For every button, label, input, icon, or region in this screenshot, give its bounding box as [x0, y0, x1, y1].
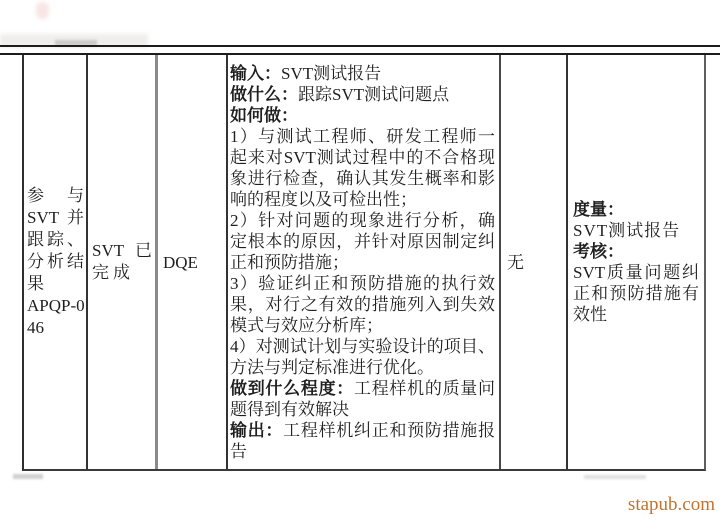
measure-line: 度量：: [573, 199, 699, 220]
detail-text: 工程样机的质量问: [354, 379, 495, 398]
measure-line: SVT测试报告: [573, 220, 699, 241]
detail-line: 响的程度以及可检出性；: [230, 189, 495, 210]
detail-text: 定根本的原因，并针对原因制定纠: [230, 232, 495, 251]
detail-label: 输入：: [230, 64, 281, 83]
detail-line: 象进行检查，确认其发生概率和影: [230, 168, 495, 189]
measure-line: SVT质量问题纠: [573, 262, 699, 283]
cell-task-name: 参与 SVT并 跟踪、 分析结 果 APQP-0 46: [24, 55, 86, 469]
task-line: SVT并: [27, 207, 84, 229]
detail-label: 输出：: [230, 421, 283, 440]
task-line: 参与: [27, 185, 84, 207]
detail-text: 告: [230, 442, 247, 461]
measure-text: 效性: [573, 305, 607, 324]
detail-line: 正和预防措施；: [230, 252, 495, 273]
detail-text: 正和预防措施；: [230, 253, 349, 272]
precondition-line: SVT已: [92, 240, 152, 262]
measure-text: 正和预防措施有: [573, 284, 699, 303]
cell-remark: 无: [501, 55, 566, 469]
detail-line: 输出：工程样机纠正和预防措施报: [230, 420, 495, 441]
detail-line: 如何做：: [230, 105, 495, 126]
site-watermark: stapub.com: [628, 494, 715, 516]
detail-text: 4）对测试计划与实验设计的项目、: [230, 337, 495, 356]
precondition-line: 完成: [92, 262, 152, 284]
detail-line: 定根本的原因，并针对原因制定纠: [230, 231, 495, 252]
measure-text: SVT质量问题纠: [573, 263, 699, 282]
detail-line: 4）对测试计划与实验设计的项目、: [230, 336, 495, 357]
task-line: 分析结: [27, 251, 84, 273]
detail-text: 模式与效应分析库；: [230, 316, 383, 335]
detail-line: 方法与判定标准进行优化。: [230, 357, 495, 378]
detail-line: 题得到有效解决: [230, 399, 495, 420]
measure-label: 度量：: [573, 200, 624, 219]
detail-text: 1）与测试工程师、研发工程师一: [230, 127, 495, 146]
detail-line: 起来对SVT测试过程中的不合格现: [230, 147, 495, 168]
cell-detail: 输入：SVT测试报告 做什么：跟踪SVT测试问题点 如何做： 1）与测试工程师、…: [228, 55, 499, 469]
task-line: 果: [27, 273, 84, 295]
detail-text: 响的程度以及可检出性；: [230, 190, 417, 209]
scan-artifact-smudge: [13, 474, 43, 479]
detail-text: 果，对行之有效的措施列入到失效: [230, 295, 495, 314]
detail-label: 做到什么程度：: [230, 379, 354, 398]
top-rule: [0, 45, 720, 47]
remark-label: 无: [507, 252, 566, 273]
task-code: APQP-0: [27, 295, 84, 317]
task-code: 46: [27, 317, 84, 339]
cell-measure: 度量： SVT测试报告 考核： SVT质量问题纠 正和预防措施有 效性: [568, 55, 704, 469]
scan-artifact-pink: [36, 2, 49, 19]
detail-text: 起来对SVT测试过程中的不合格现: [230, 148, 495, 167]
detail-line: 输入：SVT测试报告: [230, 63, 495, 84]
detail-line: 1）与测试工程师、研发工程师一: [230, 126, 495, 147]
detail-text: 2）针对问题的现象进行分析，确: [230, 211, 495, 230]
measure-line: 正和预防措施有: [573, 283, 699, 304]
detail-line: 告: [230, 441, 495, 462]
detail-text: 象进行检查，确认其发生概率和影: [230, 169, 495, 188]
measure-text: SVT测试报告: [573, 221, 680, 240]
detail-line: 做什么：跟踪SVT测试问题点: [230, 84, 495, 105]
detail-label: 如何做：: [230, 106, 298, 125]
cell-precondition: SVT已 完成: [88, 55, 155, 469]
detail-text: 题得到有效解决: [230, 400, 349, 419]
detail-label: 做什么：: [230, 85, 298, 104]
detail-text: 3）验证纠正和预防措施的执行效: [230, 274, 495, 293]
scan-artifact-smudge: [584, 475, 646, 479]
detail-line: 模式与效应分析库；: [230, 315, 495, 336]
task-line: 跟踪、: [27, 229, 84, 251]
owner-label: DQE: [163, 252, 226, 273]
detail-text: 跟踪SVT测试问题点: [298, 85, 449, 104]
detail-line: 做到什么程度：工程样机的质量问: [230, 378, 495, 399]
detail-text: 工程样机纠正和预防措施报: [283, 421, 495, 440]
detail-text: SVT测试报告: [281, 64, 381, 83]
detail-line: 2）针对问题的现象进行分析，确: [230, 210, 495, 231]
cell-owner: DQE: [158, 55, 226, 469]
detail-line: 果，对行之有效的措施列入到失效: [230, 294, 495, 315]
process-table-row: 参与 SVT并 跟踪、 分析结 果 APQP-0 46 SVT已 完成 DQE …: [22, 55, 706, 471]
measure-label: 考核：: [573, 242, 624, 261]
detail-line: 3）验证纠正和预防措施的执行效: [230, 273, 495, 294]
measure-line: 效性: [573, 304, 699, 325]
detail-text: 方法与判定标准进行优化。: [230, 358, 434, 377]
measure-line: 考核：: [573, 241, 699, 262]
